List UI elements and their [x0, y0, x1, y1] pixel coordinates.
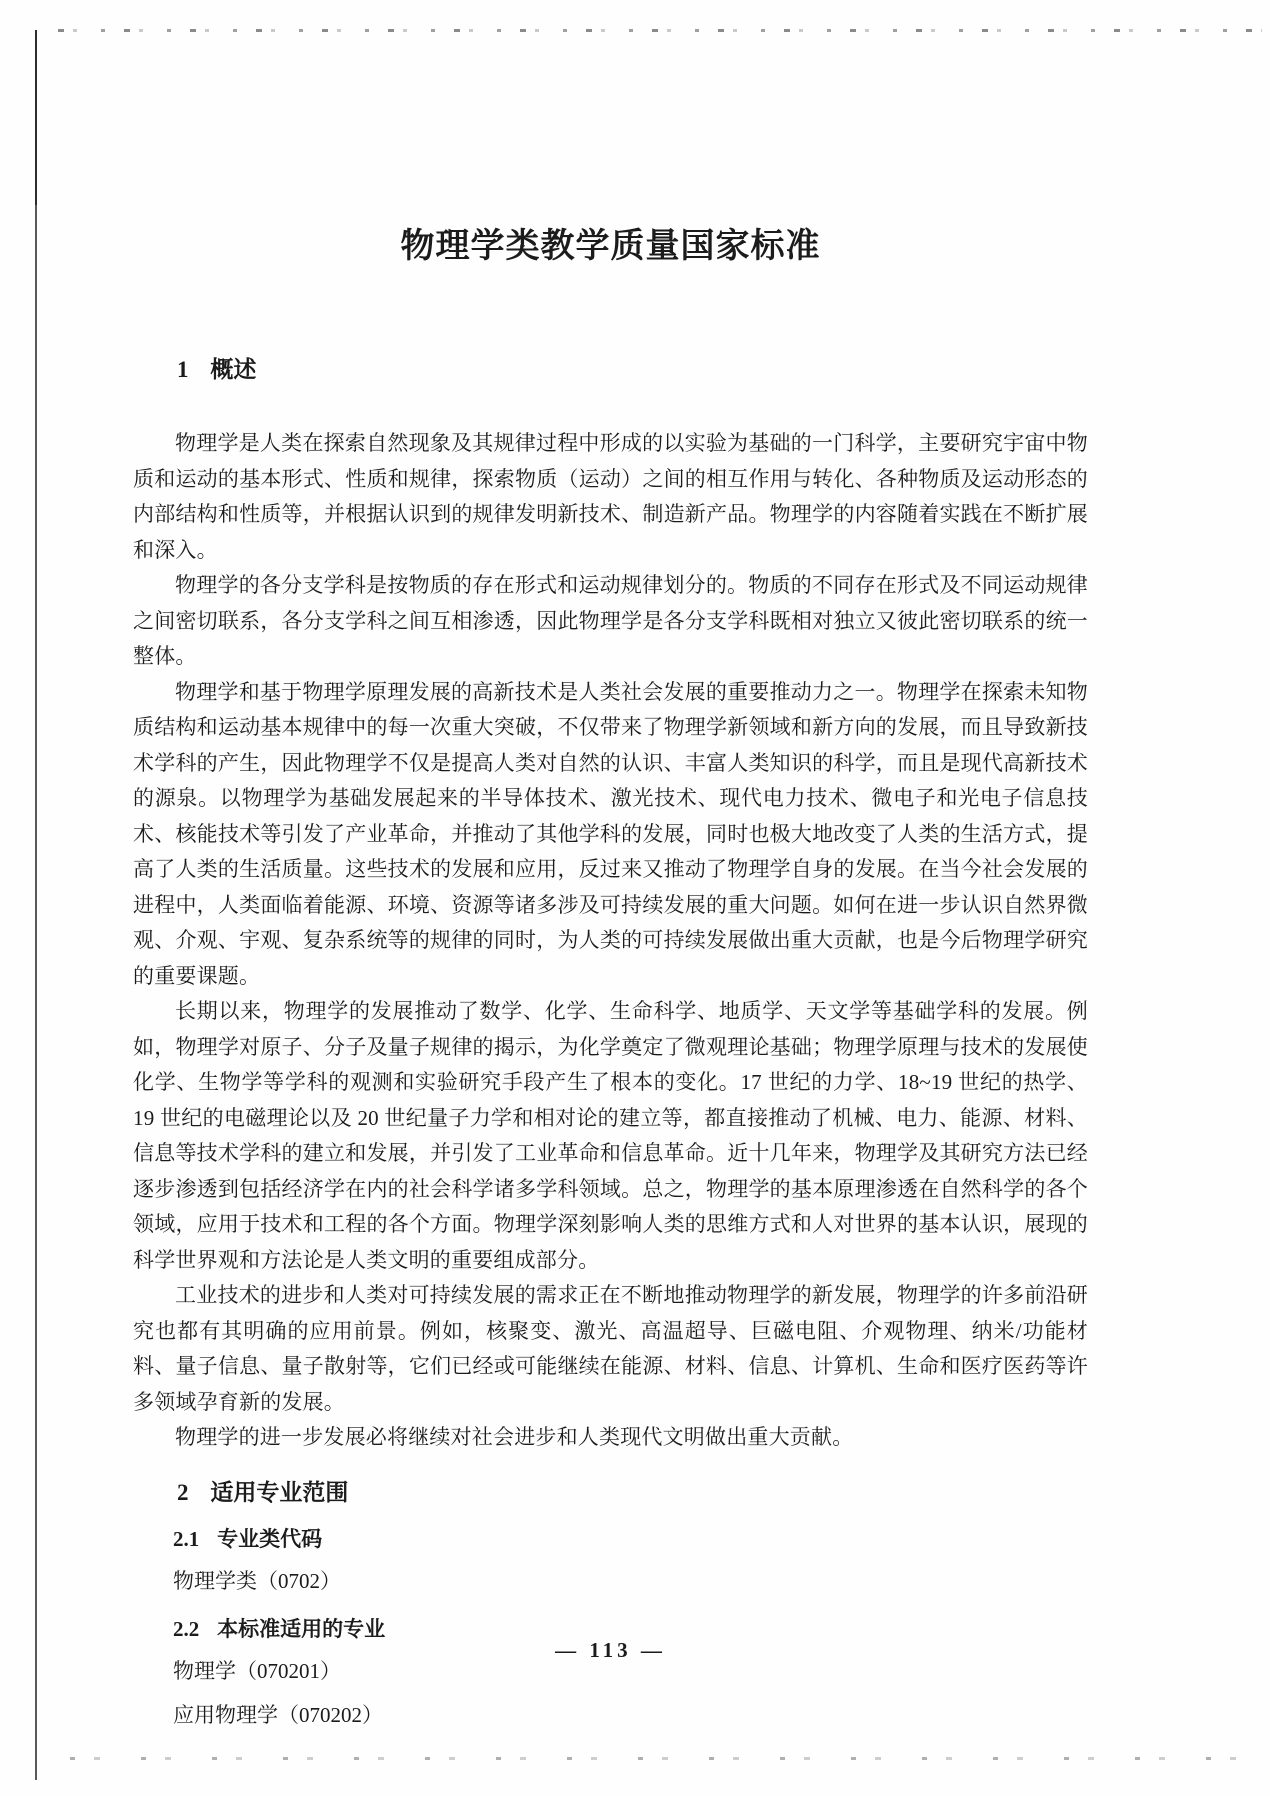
section-1-number: 1 [177, 357, 189, 383]
major-class-code-line: 物理学类（0702） [173, 1565, 1088, 1597]
document-title: 物理学类教学质量国家标准 [133, 218, 1088, 267]
scan-bottom-edge-marks [70, 1757, 1250, 1760]
paragraph: 物理学的进一步发展必将继续对社会进步和人类现代文明做出重大贡献。 [133, 1420, 1088, 1456]
scan-left-edge-line [35, 30, 37, 1780]
major-code-line: 应用物理学（070202） [173, 1699, 1088, 1731]
subsection-2-2-title: 本标准适用的专业 [217, 1617, 385, 1641]
paragraph: 物理学和基于物理学原理发展的高新技术是人类社会发展的重要推动力之一。物理学在探索… [133, 675, 1088, 995]
section-2-number: 2 [177, 1480, 189, 1506]
section-2-title: 适用专业范围 [210, 1480, 348, 1505]
paragraph: 长期以来，物理学的发展推动了数学、化学、生命科学、地质学、天文学等基础学科的发展… [133, 994, 1088, 1278]
subsection-2-1-heading: 2.1专业类代码 [173, 1523, 1088, 1553]
paragraph: 物理学的各分支学科是按物质的存在形式和运动规律划分的。物质的不同存在形式及不同运… [133, 568, 1088, 675]
section-1-heading: 1概述 [177, 351, 1088, 384]
paragraph: 工业技术的进步和人类对可持续发展的需求正在不断地推动物理学的新发展，物理学的许多… [133, 1278, 1088, 1420]
section-1-title: 概述 [210, 357, 256, 382]
page-number: — 113 — [133, 1638, 1088, 1663]
subsection-2-1-number: 2.1 [173, 1527, 199, 1552]
section-1-body: 物理学是人类在探索自然现象及其规律过程中形成的以实验为基础的一门科学，主要研究宇… [133, 426, 1088, 1456]
paragraph: 物理学是人类在探索自然现象及其规律过程中形成的以实验为基础的一门科学，主要研究宇… [133, 426, 1088, 568]
document-content: 物理学类教学质量国家标准 1概述 物理学是人类在探索自然现象及其规律过程中形成的… [133, 0, 1088, 1731]
scanned-document-page: 物理学类教学质量国家标准 1概述 物理学是人类在探索自然现象及其规律过程中形成的… [0, 0, 1270, 1796]
section-2-heading: 2适用专业范围 [177, 1474, 1088, 1507]
subsection-2-1-title: 专业类代码 [217, 1527, 322, 1551]
